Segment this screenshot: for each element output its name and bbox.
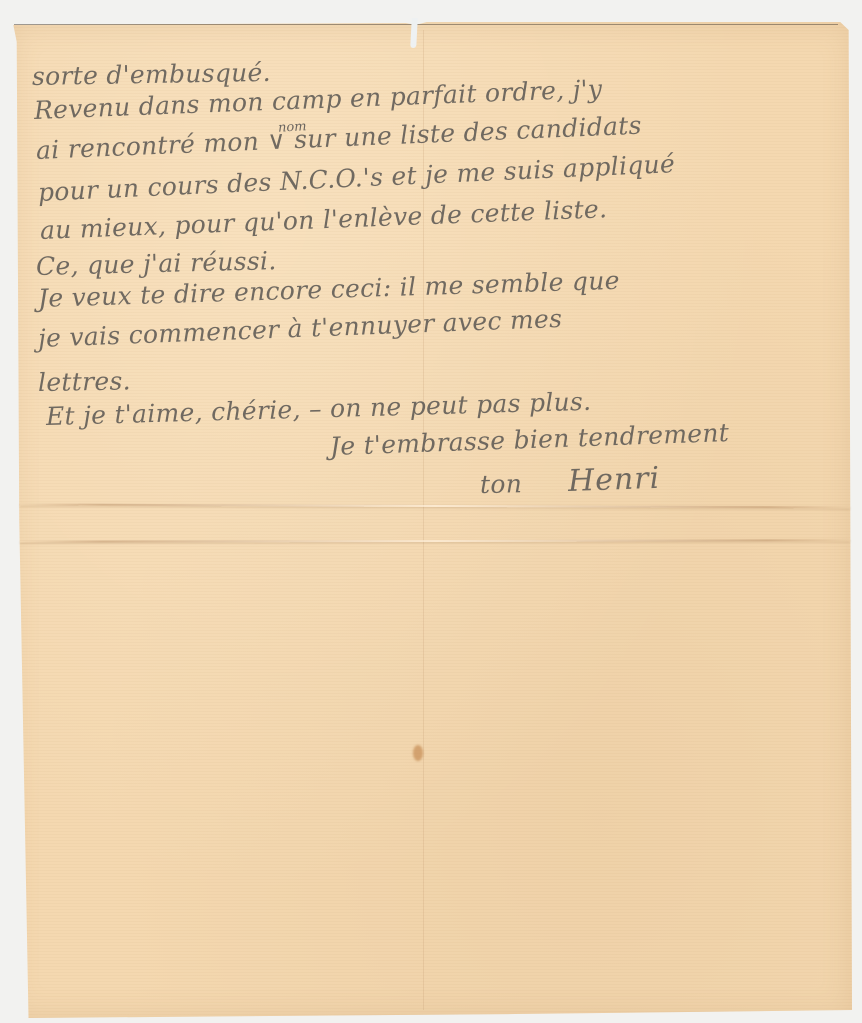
paper-stain <box>413 745 423 761</box>
letter-line-6: Ce, que j'ai réussi. <box>36 246 277 281</box>
letter-line-1: sorte d'embusqué. <box>32 58 271 91</box>
letter-signature: Henri <box>567 461 660 499</box>
letter-closing-valediction: ton <box>480 469 523 499</box>
paper-top-edge <box>14 24 838 25</box>
letter-line-9: lettres. <box>38 366 131 397</box>
